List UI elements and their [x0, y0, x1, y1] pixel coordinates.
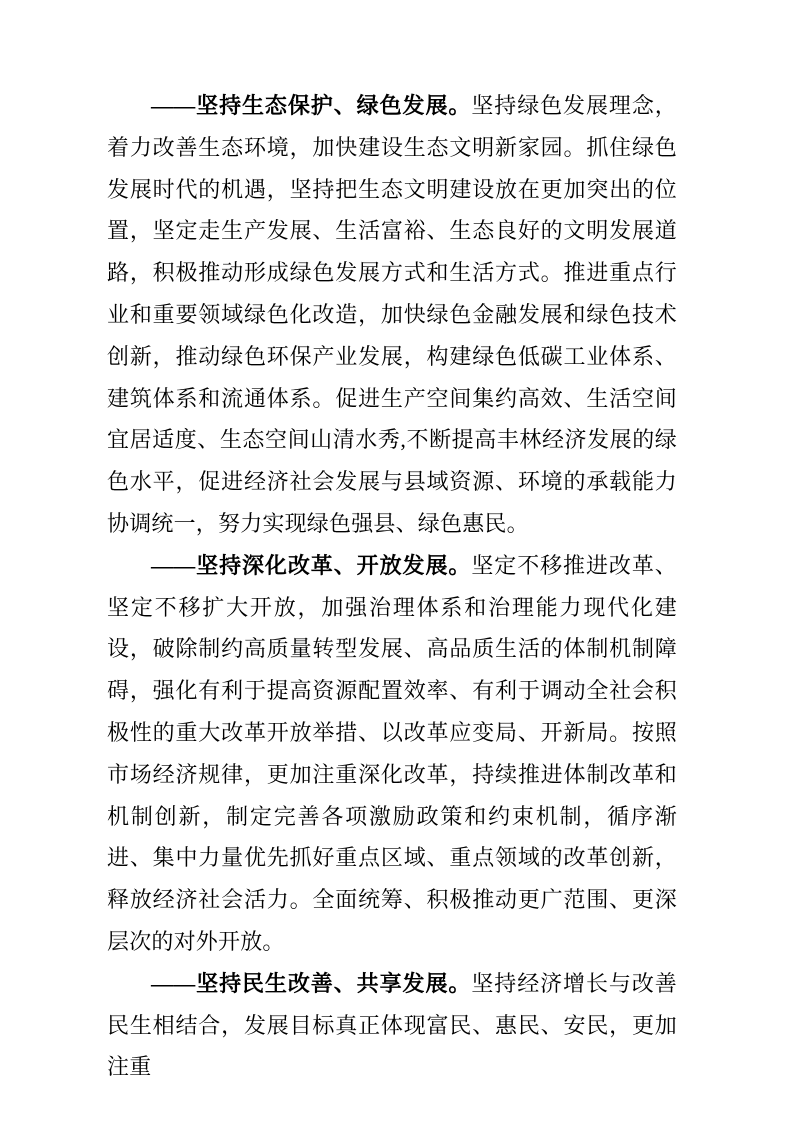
document-page: ——坚持生态保护、绿色发展。坚持绿色发展理念，着力改善生态环境，加快建设生态文明… — [0, 0, 793, 1122]
paragraph-lead: ——坚持民生改善、共享发展。 — [151, 971, 471, 996]
paragraph-text: 坚持绿色发展理念，着力改善生态环境，加快建设生态文明新家园。抓住绿色发展时代的机… — [107, 93, 677, 536]
paragraph-text: 坚定不移推进改革、坚定不移扩大开放，加强治理体系和治理能力现代化建设，破除制约高… — [107, 553, 677, 954]
paragraph-lead: ——坚持深化改革、开放发展。 — [151, 553, 471, 578]
paragraph-reform: ——坚持深化改革、开放发展。坚定不移推进改革、坚定不移扩大开放，加强治理体系和治… — [107, 545, 677, 963]
document-body: ——坚持生态保护、绿色发展。坚持绿色发展理念，着力改善生态环境，加快建设生态文明… — [107, 85, 677, 1088]
paragraph-ecology: ——坚持生态保护、绿色发展。坚持绿色发展理念，着力改善生态环境，加快建设生态文明… — [107, 85, 677, 545]
paragraph-livelihood: ——坚持民生改善、共享发展。坚持经济增长与改善民生相结合，发展目标真正体现富民、… — [107, 963, 677, 1088]
paragraph-lead: ——坚持生态保护、绿色发展。 — [151, 93, 471, 118]
